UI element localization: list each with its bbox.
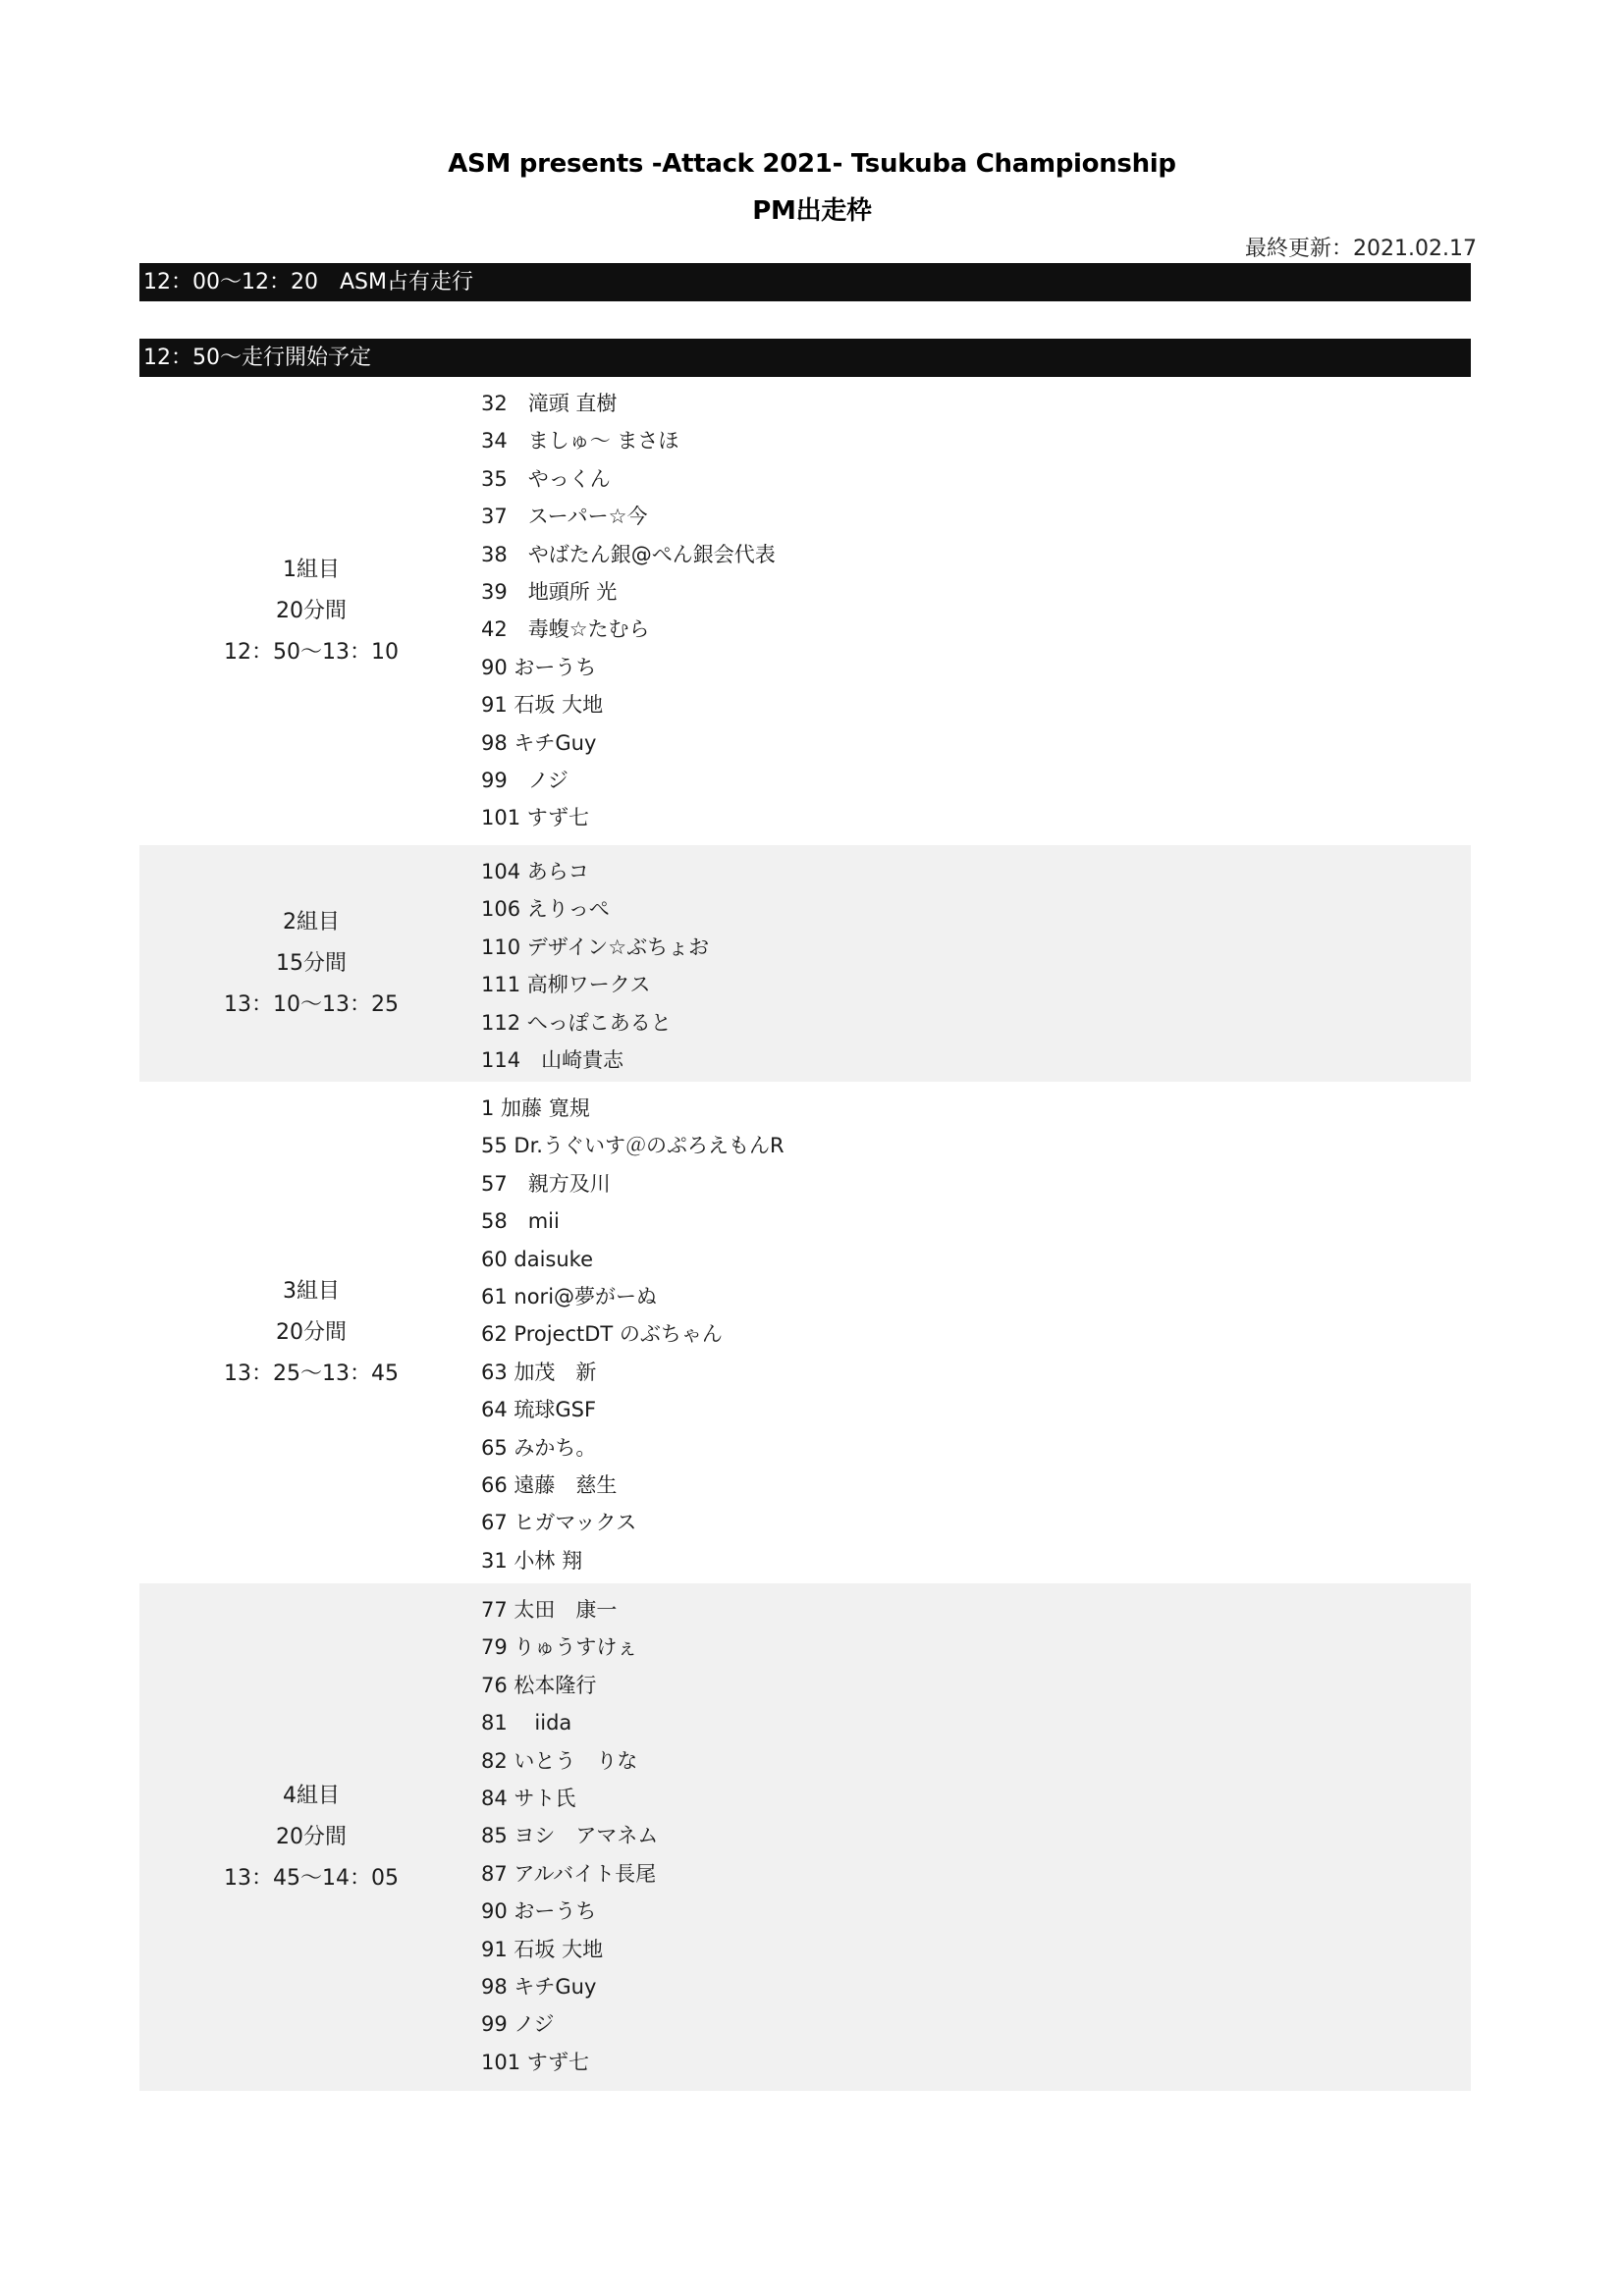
list-item: 101 すず七 [481,799,776,836]
list-item: 77 太田 康一 [481,1591,658,1629]
list-item: 61 nori@夢がーぬ [481,1278,785,1315]
list-item: 81 iida [481,1704,658,1741]
group-duration: 20分間 [276,1817,347,1858]
document-title: ASM presents -Attack 2021- Tsukuba Champ… [0,149,1624,179]
entry-list: 104 あらコ 106 えりっぺ 110 デザイン☆ぶちょお 111 高柳ワーク… [481,853,709,1079]
list-item: 99 ノジ [481,2005,658,2043]
group-label: 2組目 15分間 13：10～13：25 [139,845,483,1082]
group-duration: 20分間 [276,591,347,632]
list-item: 34 ましゅ～ まさほ [481,422,776,459]
entry-list: 77 太田 康一 79 りゅうすけぇ 76 松本隆行 81 iida 82 いと… [481,1591,658,2081]
session-bar-start: 12：50～走行開始予定 [139,339,1471,377]
session-bar-asm-exclusive: 12：00～12：20 ASM占有走行 [139,263,1471,301]
list-item: 85 ヨシ アマネム [481,1817,658,1854]
group-time: 13：25～13：45 [224,1354,399,1395]
list-item: 32 滝頭 直樹 [481,385,776,422]
list-item: 91 石坂 大地 [481,1931,658,1968]
entry-list: 32 滝頭 直樹 34 ましゅ～ まさほ 35 やっくん 37 スーパー☆今 3… [481,385,776,837]
list-item: 90 おーうち [481,649,776,686]
group-name: 3組目 [283,1271,340,1312]
list-item: 90 おーうち [481,1893,658,1930]
list-item: 35 やっくん [481,460,776,498]
group-time: 12：50～13：10 [224,632,399,673]
group-duration: 20分間 [276,1312,347,1354]
list-item: 76 松本隆行 [481,1667,658,1704]
list-item: 84 サト氏 [481,1780,658,1817]
list-item: 55 Dr.うぐいす＠のぷろえもんR [481,1127,785,1164]
list-item: 91 石坂 大地 [481,686,776,723]
list-item: 37 スーパー☆今 [481,498,776,535]
list-item: 98 キチGuy [481,1968,658,2005]
list-item: 82 いとう りな [481,1742,658,1780]
list-item: 39 地頭所 光 [481,573,776,611]
group-label: 1組目 20分間 12：50～13：10 [139,377,483,845]
list-item: 60 daisuke [481,1241,785,1278]
list-item: 63 加茂 新 [481,1354,785,1391]
group-name: 2組目 [283,902,340,943]
group-1: 1組目 20分間 12：50～13：10 32 滝頭 直樹 34 ましゅ～ まさ… [139,377,1471,845]
list-item: 106 えりっぺ [481,890,709,928]
list-item: 79 りゅうすけぇ [481,1629,658,1666]
list-item: 57 親方及川 [481,1165,785,1202]
list-item: 111 高柳ワークス [481,966,709,1003]
group-time: 13：10～13：25 [224,985,399,1026]
group-name: 1組目 [283,550,340,591]
group-name: 4組目 [283,1776,340,1817]
last-updated: 最終更新：2021.02.17 [1245,232,1477,262]
list-item: 67 ヒガマックス [481,1504,785,1541]
group-duration: 15分間 [276,943,347,985]
list-item: 104 あらコ [481,853,709,890]
group-3: 3組目 20分間 13：25～13：45 1 加藤 寛規 55 Dr.うぐいす＠… [139,1082,1471,1583]
group-time: 13：45～14：05 [224,1858,399,1899]
list-item: 65 みかち。 [481,1429,785,1467]
group-2: 2組目 15分間 13：10～13：25 104 あらコ 106 えりっぺ 11… [139,845,1471,1082]
list-item: 98 キチGuy [481,724,776,762]
group-label: 3組目 20分間 13：25～13：45 [139,1082,483,1583]
list-item: 58 mii [481,1202,785,1240]
group-4: 4組目 20分間 13：45～14：05 77 太田 康一 79 りゅうすけぇ … [139,1583,1471,2091]
list-item: 87 アルバイト長尾 [481,1855,658,1893]
entry-list: 1 加藤 寛規 55 Dr.うぐいす＠のぷろえもんR 57 親方及川 58 mi… [481,1090,785,1579]
list-item: 101 すず七 [481,2044,658,2081]
list-item: 64 琉球GSF [481,1391,785,1428]
list-item: 114 山崎貴志 [481,1041,709,1079]
list-item: 112 へっぽこあると [481,1004,709,1041]
group-label: 4組目 20分間 13：45～14：05 [139,1583,483,2091]
list-item: 66 遠藤 慈生 [481,1467,785,1504]
list-item: 99 ノジ [481,762,776,799]
list-item: 38 やばたん銀@ぺん銀会代表 [481,536,776,573]
list-item: 42 毒蝮☆たむら [481,611,776,648]
document-subtitle: PM出走枠 [0,190,1624,227]
list-item: 62 ProjectDT のぶちゃん [481,1315,785,1353]
list-item: 110 デザイン☆ぶちょお [481,929,709,966]
list-item: 1 加藤 寛規 [481,1090,785,1127]
list-item: 31 小林 翔 [481,1542,785,1579]
